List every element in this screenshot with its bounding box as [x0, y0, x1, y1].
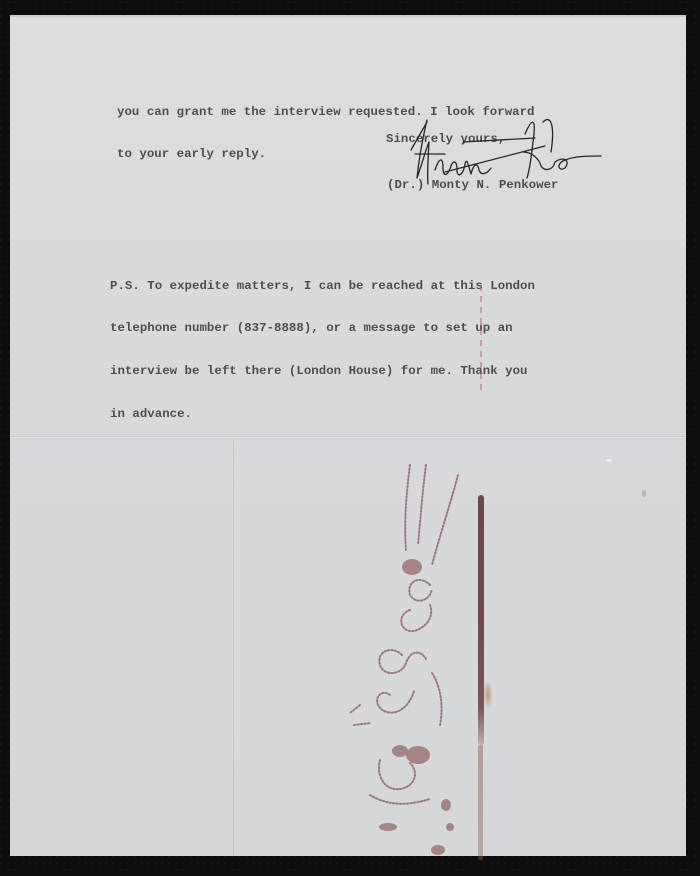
postscript-line-4: in advance.	[110, 407, 535, 421]
offset-ink-stain	[340, 455, 470, 855]
postscript: P.S. To expedite matters, I can be reach…	[110, 250, 535, 450]
vertical-rust-stain-faint	[478, 745, 483, 860]
fold-stain-upper	[480, 285, 482, 395]
yellow-stain-spot	[483, 680, 493, 710]
letter-page: you can grant me the interview requested…	[10, 15, 686, 856]
typed-signature-name: (Dr.) Monty N. Penkower	[387, 178, 558, 192]
postscript-line-2: telephone number (837-8888), or a messag…	[110, 321, 535, 335]
postscript-line-1: P.S. To expedite matters, I can be reach…	[110, 279, 535, 293]
paper-speck	[642, 490, 646, 497]
vertical-fold-crease	[233, 439, 234, 856]
horizontal-fold-crease	[10, 436, 686, 439]
paper-speck	[606, 459, 612, 462]
postscript-line-3: interview be left there (London House) f…	[110, 364, 535, 378]
